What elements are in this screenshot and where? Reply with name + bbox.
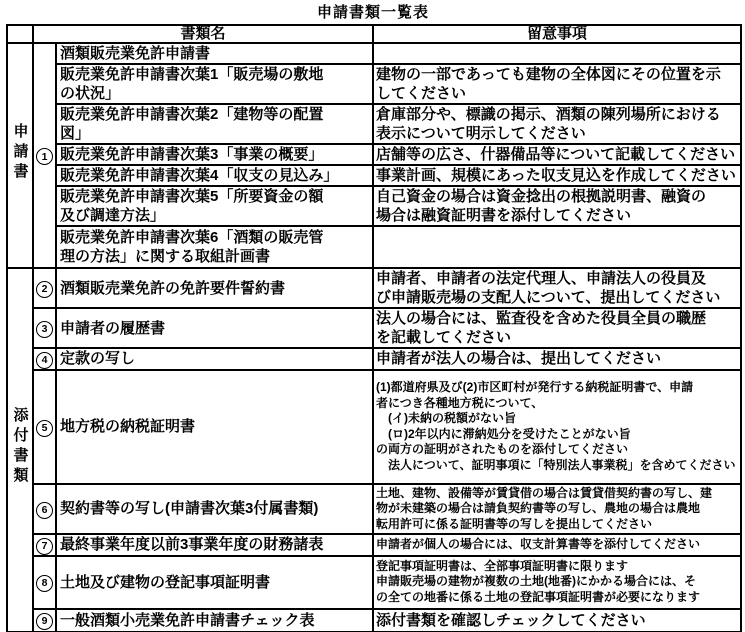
- circled-number-4: 4: [36, 352, 53, 369]
- number-cell: 3: [33, 308, 56, 348]
- group2-label-cell: 添付書類: [7, 268, 33, 632]
- note-cell: 法人の場合には、監査役を含めた役員全員の職歴 を記載してください: [373, 308, 741, 348]
- application-documents-table: 書類名 留意事項 申請書 1 酒類販売業免許申請書 販売業免許申請書次葉1「販売…: [6, 24, 742, 632]
- note-cell: 倉庫部分や、標識の掲示、酒類の陳列場所における 表示について明示してください: [373, 104, 741, 144]
- table-row: 申請書 1 酒類販売業免許申請書: [7, 43, 741, 64]
- document-page: 申請書類一覧表 書類名 留意事項 申請書 1 酒類販売業免許申請書 販売業免許申…: [0, 0, 745, 632]
- note-cell: [373, 43, 741, 64]
- circled-number-7: 7: [36, 538, 53, 555]
- doc-name-cell: 販売業免許申請書次葉4「収支の見込み」: [56, 165, 373, 186]
- note-cell: 申請者が法人の場合は、提出してください: [373, 348, 741, 370]
- circled-number-3: 3: [36, 321, 53, 338]
- table-row: 販売業免許申請書次葉5「所要資金の額 及び調達方法」 自己資金の場合は資金捻出の…: [7, 186, 741, 226]
- table-row: 6 契約書等の写し(申請書次葉3付属書類) 土地、建物、設備等が賃貸借の場合は賃…: [7, 484, 741, 534]
- doc-name-cell: 販売業免許申請書次葉1「販売場の敷地 の状況」: [56, 64, 373, 104]
- doc-name-cell: 販売業免許申請書次葉2「建物等の配置 図」: [56, 104, 373, 144]
- doc-name-cell: 酒類販売業免許の免許要件誓約書: [56, 268, 373, 308]
- note-cell: 登記事項証明書は、全部事項証明書に限ります 申請販売場の建物が複数の土地(地番)…: [373, 556, 741, 609]
- table-row: 販売業免許申請書次葉6「酒類の販売管 理の方法」に関する取組計画書: [7, 226, 741, 268]
- circled-number-8: 8: [36, 575, 53, 592]
- doc-name-cell: 定款の写し: [56, 348, 373, 370]
- note-cell: 自己資金の場合は資金捻出の根拠説明書、融資の 場合は融資証明書を添付してください: [373, 186, 741, 226]
- note-cell: 申請者が個人の場合には、収支計算書等を添付してください: [373, 534, 741, 556]
- table-row: 9 一般酒類小売業免許申請書チェック表 添付書類を確認しチェックしてください: [7, 609, 741, 632]
- note-cell: 添付書類を確認しチェックしてください: [373, 609, 741, 632]
- note-cell: (1)都道府県及び(2)市区町村が発行する納税証明書で、申請 者につき各種地方税…: [373, 370, 741, 484]
- circled-number-5: 5: [36, 420, 53, 437]
- group1-label: 申請書: [11, 123, 30, 183]
- table-row: 販売業免許申請書次葉4「収支の見込み」 事業計画、規模にあった収支見込を作成して…: [7, 165, 741, 186]
- note-cell: 店舗等の広さ、什器備品等について記載してください: [373, 144, 741, 165]
- number-cell: 6: [33, 484, 56, 534]
- table-row: 8 土地及び建物の登記事項証明書 登記事項証明書は、全部事項証明書に限ります 申…: [7, 556, 741, 609]
- circled-number-1: 1: [36, 148, 53, 165]
- circled-number-9: 9: [36, 613, 53, 630]
- doc-name-cell: 申請者の履歴書: [56, 308, 373, 348]
- number-cell: 7: [33, 534, 56, 556]
- group2-label: 添付書類: [11, 407, 30, 487]
- note-cell: [373, 226, 741, 268]
- number-cell: 4: [33, 348, 56, 370]
- doc-name-cell: 契約書等の写し(申請書次葉3付属書類): [56, 484, 373, 534]
- number-cell: 2: [33, 268, 56, 308]
- header-notes: 留意事項: [373, 25, 741, 43]
- header-row: 書類名 留意事項: [7, 25, 741, 43]
- note-cell: 事業計画、規模にあった収支見込を作成してください: [373, 165, 741, 186]
- group1-number-cell: 1: [33, 43, 56, 268]
- number-cell: 5: [33, 370, 56, 484]
- table-row: 添付書類 2 酒類販売業免許の免許要件誓約書 申請者、申請者の法定代理人、申請法…: [7, 268, 741, 308]
- note-cell: 申請者、申請者の法定代理人、申請法人の役員及 び申請販売場の支配人について、提出…: [373, 268, 741, 308]
- doc-name-cell: 土地及び建物の登記事項証明書: [56, 556, 373, 609]
- table-row: 販売業免許申請書次葉3「事業の概要」 店舗等の広さ、什器備品等について記載してく…: [7, 144, 741, 165]
- doc-name-cell: 販売業免許申請書次葉3「事業の概要」: [56, 144, 373, 165]
- table-row: 販売業免許申請書次葉2「建物等の配置 図」 倉庫部分や、標識の掲示、酒類の陳列場…: [7, 104, 741, 144]
- note-cell: 建物の一部であっても建物の全体図にその位置を示 してください: [373, 64, 741, 104]
- circled-number-2: 2: [36, 281, 53, 298]
- doc-name-cell: 一般酒類小売業免許申請書チェック表: [56, 609, 373, 632]
- table-row: 3 申請者の履歴書 法人の場合には、監査役を含めた役員全員の職歴 を記載してくだ…: [7, 308, 741, 348]
- table-row: 7 最終事業年度以前3事業年度の財務諸表 申請者が個人の場合には、収支計算書等を…: [7, 534, 741, 556]
- table-row: 5 地方税の納税証明書 (1)都道府県及び(2)市区町村が発行する納税証明書で、…: [7, 370, 741, 484]
- table-row: 販売業免許申請書次葉1「販売場の敷地 の状況」 建物の一部であっても建物の全体図…: [7, 64, 741, 104]
- doc-name-cell: 販売業免許申請書次葉5「所要資金の額 及び調達方法」: [56, 186, 373, 226]
- doc-name-cell: 最終事業年度以前3事業年度の財務諸表: [56, 534, 373, 556]
- number-cell: 8: [33, 556, 56, 609]
- page-title: 申請書類一覧表: [6, 4, 740, 22]
- note-cell: 土地、建物、設備等が賃貸借の場合は賃貸借契約書の写し、建 物が未建築の場合は請負…: [373, 484, 741, 534]
- header-empty-cell: [7, 25, 33, 43]
- group1-label-cell: 申請書: [7, 43, 33, 268]
- doc-name-cell: 販売業免許申請書次葉6「酒類の販売管 理の方法」に関する取組計画書: [56, 226, 373, 268]
- doc-name-cell: 酒類販売業免許申請書: [56, 43, 373, 64]
- circled-number-6: 6: [36, 502, 53, 519]
- table-row: 4 定款の写し 申請者が法人の場合は、提出してください: [7, 348, 741, 370]
- number-cell: 9: [33, 609, 56, 632]
- doc-name-cell: 地方税の納税証明書: [56, 370, 373, 484]
- header-doc-name: 書類名: [33, 25, 373, 43]
